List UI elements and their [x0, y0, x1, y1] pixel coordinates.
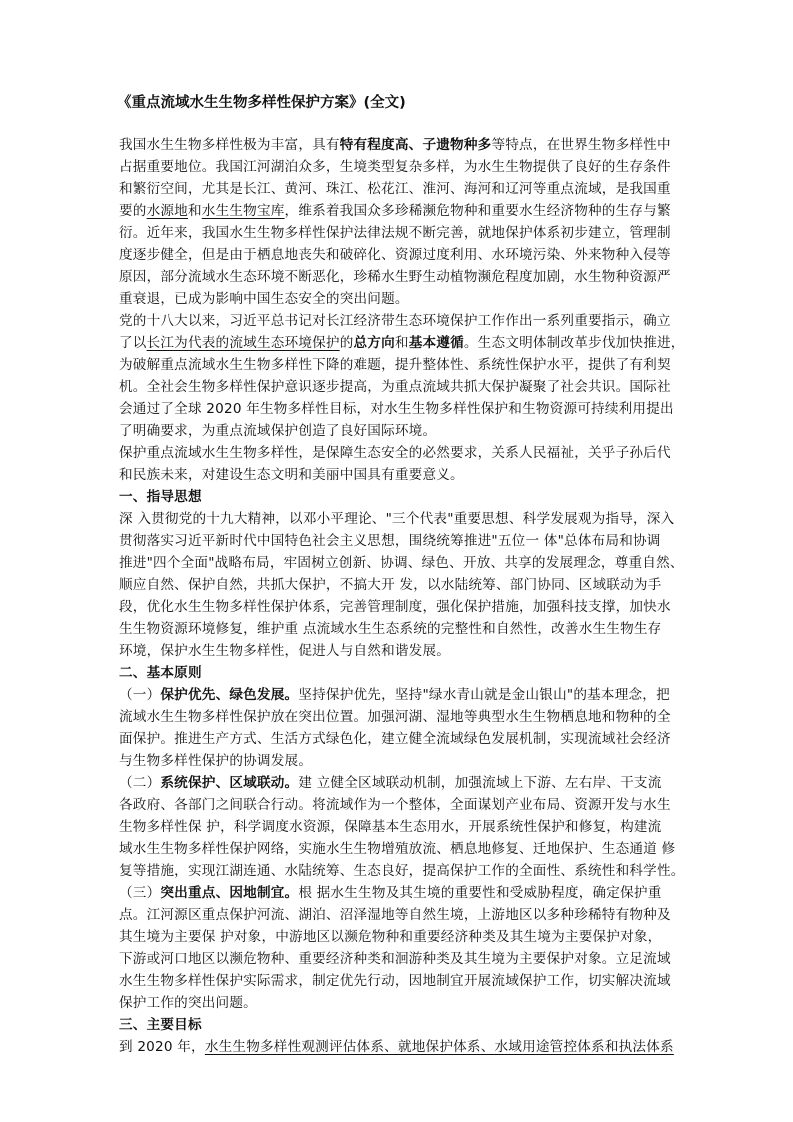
text-run: 建 立健全区域联动机制，加强流域上下游、左右岸、干支流	[298, 775, 661, 791]
text-run: 衍。近年来，我国水生生物多样性保护法律法规不断完善，就地保护体系初步建立，管理制	[119, 225, 671, 241]
text-line: 要的水源地和水生生物宝库，维系着我国众多珍稀濒危物种和重要水生经济物种的生存与繁	[119, 200, 679, 222]
text-line: 推进"四个全面"战略布局，牢固树立创新、协调、绿色、开放、共享的发展理念，尊重自…	[119, 552, 679, 574]
text-run: 生物多样性保 护，科学调度水资源，保障基本生态用水，开展系统性保护和修复，构建流	[119, 819, 661, 835]
text-run: 坚持保护优先，坚持"绿水青山就是金山银山"的基本理念，把	[298, 687, 670, 703]
text-line: 会通过了全球 2020 年生物多样性目标，对水生生物多样性保护和生物资源可持续利…	[119, 398, 679, 420]
text-run: 流域水生生物多样性保护放在突出位置。加强河湖、湿地等典型水生生物栖息地和物种的全	[119, 709, 671, 725]
text-line: 各政府、各部门之间联合行动。将流域作为一个整体，全面谋划产业布局、资源开发与水生	[119, 794, 679, 816]
text-line: 机。全社会生物多样性保护意识逐步提高，为重点流域共抓大保护凝聚了社会共识。国际社	[119, 376, 679, 398]
text-line: 衍。近年来，我国水生生物多样性保护法律法规不断完善，就地保护体系初步建立，管理制	[119, 222, 679, 244]
text-line: 党的十八大以来，习近平总书记对长江经济带生态环境保护工作作出一系列重要指示，确立	[119, 310, 679, 332]
bold-text: 保护优先、绿色发展。	[160, 687, 298, 703]
text-run: 党的十八大以来，习近平总书记对长江经济带生态环境保护工作作出一系列重要指示，确立	[119, 313, 671, 329]
text-line: （一）保护优先、绿色发展。坚持保护优先，坚持"绿水青山就是金山银山"的基本理念，…	[119, 684, 679, 706]
text-run: 水生生物多样性保护实际需求，制定优先行动，因地制宜开展流域保护工作，切实解决流域	[119, 973, 671, 989]
text-run: 生生物资源环境修复，维护重 点流域水生生态系统的完整性和自然性，改善水生生物生存	[119, 621, 661, 637]
text-run: （一）	[119, 687, 160, 703]
bold-text: 突出重点、因地制宜。	[160, 885, 298, 901]
text-line: 面保护。推进生产方式、生活方式绿色化，建立健全流域绿色发展机制，实现流域社会经济	[119, 728, 679, 750]
text-run: 机。全社会生物多样性保护意识逐步提高，为重点流域共抓大保护凝聚了社会共识。国际社	[119, 379, 671, 395]
text-run: 和繁衍空间，尤其是长江、黄河、珠江、松花江、淮河、海河和辽河等重点流域，是我国重	[119, 181, 671, 197]
bold-text: 特有程度高、子遗物种多	[340, 137, 492, 153]
text-line: 保护工作的突出问题。	[119, 992, 679, 1014]
text-line: （三）突出重点、因地制宜。根 据水生生物及其生境的重要性和受威胁程度，确定保护重	[119, 882, 679, 904]
text-line: 贯彻落实习近平新时代中国特色社会主义思想，围绕统筹推进"五位一 体"总体布局和协…	[119, 530, 679, 552]
bold-text: 二、基本原则	[119, 665, 202, 681]
text-line: 一、指导思想	[119, 486, 679, 508]
bold-text: 基本遵循	[409, 335, 464, 351]
underlined-text: 长江为代表的流域生态环境保护	[147, 335, 340, 351]
text-line: 生物多样性保 护，科学调度水资源，保障基本生态用水，开展系统性保护和修复，构建流	[119, 816, 679, 838]
text-run: 各政府、各部门之间联合行动。将流域作为一个整体，全面谋划产业布局、资源开发与水生	[119, 797, 671, 813]
text-line: 水生生物多样性保护实际需求，制定优先行动，因地制宜开展流域保护工作，切实解决流域	[119, 970, 679, 992]
text-line: 为破解重点流域水生生物多样性下降的难题，提升整体性、系统性保护水平，提供了有利契	[119, 354, 679, 376]
text-run: 等特点，在世界生物多样性中	[491, 137, 670, 153]
document-title: 《重点流域水生生物多样性保护方案》(全文)	[117, 92, 679, 114]
text-line: 深 入贯彻党的十九大精神，以邓小平理论、"三个代表"重要思想、科学发展观为指导，…	[119, 508, 679, 530]
text-run: 段，优化水生生物多样性保护体系，完善管理制度，强化保护措施，加强科技支撑，加快水	[119, 599, 671, 615]
text-run: ，维系着我国众多珍稀濒危物种和重要水生经济物种的生存与繁	[285, 203, 671, 219]
bold-text: 三、主要目标	[119, 1017, 202, 1033]
text-line: 生生物资源环境修复，维护重 点流域水生生态系统的完整性和自然性，改善水生生物生存	[119, 618, 679, 640]
text-line: 与生物多样性保护的协调发展。	[119, 750, 679, 772]
text-run: 重衰退，已成为影响中国生态安全的突出问题。	[119, 291, 409, 307]
text-run: 要的	[119, 203, 147, 219]
text-run: 和	[188, 203, 202, 219]
text-run: 了以	[119, 335, 147, 351]
text-run: 为破解重点流域水生生物多样性下降的难题，提升整体性、系统性保护水平，提供了有利契	[119, 357, 671, 373]
text-line: 度逐步健全，但是由于栖息地丧失和破碎化、资源过度利用、水环境污染、外来物种入侵等	[119, 244, 679, 266]
text-run: 贯彻落实习近平新时代中国特色社会主义思想，围绕统筹推进"五位一 体"总体布局和协…	[119, 533, 661, 549]
text-run: 。生态文明体制改革步伐加快推进，	[464, 335, 685, 351]
text-run: 占据重要地位。我国江河湖泊众多，生境类型复杂多样，为水生生物提供了良好的生存条件	[119, 159, 671, 175]
text-run: 下游或河口地区以濒危物种、重要经济种类和洄游种类及其生境为主要保护对象。立足流域	[119, 951, 671, 967]
text-line: 顺应自然、保护自然，共抓大保护，不搞大开 发，以水陆统筹、部门协同、区域联动为手	[119, 574, 679, 596]
text-line: 原因，部分流域水生态环境不断恶化，珍稀水生野生动植物濒危程度加剧，水生物种资源严	[119, 266, 679, 288]
text-run: （二）	[119, 775, 160, 791]
text-run: 深 入贯彻党的十九大精神，以邓小平理论、"三个代表"重要思想、科学发展观为指导，…	[119, 511, 674, 527]
text-line: 和民族未来，对建设生态文明和美丽中国具有重要意义。	[119, 464, 679, 486]
text-run: 保护重点流域水生生物多样性，是保障生态安全的必然要求，关系人民福祉，关乎子孙后代	[119, 445, 671, 461]
text-run: 与生物多样性保护的协调发展。	[119, 753, 312, 769]
text-run: 到 2020 年，	[119, 1039, 205, 1055]
text-run: 复等措施，实现江湖连通、水陆统筹、生态良好，提高保护工作的全面性、系统性和科学性…	[119, 863, 685, 879]
text-run: 保护工作的突出问题。	[119, 995, 257, 1011]
text-line: 环境，保护水生生物多样性，促进人与自然和谐发展。	[119, 640, 679, 662]
text-line: 重衰退，已成为影响中国生态安全的突出问题。	[119, 288, 679, 310]
text-run: （三）	[119, 885, 160, 901]
underlined-text: 水源地	[147, 203, 188, 219]
text-run: 根 据水生生物及其生境的重要性和受威胁程度，确定保护重	[298, 885, 661, 901]
text-line: 占据重要地位。我国江河湖泊众多，生境类型复杂多样，为水生生物提供了良好的生存条件	[119, 156, 679, 178]
text-run: 原因，部分流域水生态环境不断恶化，珍稀水生野生动植物濒危程度加剧，水生物种资源严	[119, 269, 671, 285]
text-run: 会通过了全球 2020 年生物多样性目标，对水生生物多样性保护和生物资源可持续利…	[119, 401, 674, 417]
text-line: 点。江河源区重点保护河流、湖泊、沼泽湿地等自然生境，上游地区以多种珍稀特有物种及	[119, 904, 679, 926]
text-line: 我国水生生物多样性极为丰富，具有特有程度高、子遗物种多等特点，在世界生物多样性中	[119, 134, 679, 156]
text-run: 和	[395, 335, 409, 351]
text-line: 保护重点流域水生生物多样性，是保障生态安全的必然要求，关系人民福祉，关乎子孙后代	[119, 442, 679, 464]
text-line: 到 2020 年，水生生物多样性观测评估体系、就地保护体系、水域用途管控体系和执…	[119, 1036, 679, 1058]
text-line: 二、基本原则	[119, 662, 679, 684]
text-line: （二）系统保护、区域联动。建 立健全区域联动机制，加强流域上下游、左右岸、干支流	[119, 772, 679, 794]
text-line: 域水生生物多样性保护网络，实施水生生物增殖放流、栖息地修复、迁地保护、生态通道 …	[119, 838, 679, 860]
text-run: 域水生生物多样性保护网络，实施水生生物增殖放流、栖息地修复、迁地保护、生态通道 …	[119, 841, 675, 857]
text-line: 段，优化水生生物多样性保护体系，完善管理制度，强化保护措施，加强科技支撑，加快水	[119, 596, 679, 618]
underlined-text: 水生生物宝库	[202, 203, 285, 219]
text-run: 了明确要求，为重点流域保护创造了良好国际环境。	[119, 423, 436, 439]
document-body: 我国水生生物多样性极为丰富，具有特有程度高、子遗物种多等特点，在世界生物多样性中…	[119, 134, 679, 1058]
text-run: 和民族未来，对建设生态文明和美丽中国具有重要意义。	[119, 467, 464, 483]
text-line: 和繁衍空间，尤其是长江、黄河、珠江、松花江、淮河、海河和辽河等重点流域，是我国重	[119, 178, 679, 200]
text-run: 顺应自然、保护自然，共抓大保护，不搞大开 发，以水陆统筹、部门协同、区域联动为手	[119, 577, 661, 593]
text-line: 其生境为主要保 护对象，中游地区以濒危物种和重要经济种类及其生境为主要保护对象，	[119, 926, 679, 948]
text-line: 了明确要求，为重点流域保护创造了良好国际环境。	[119, 420, 679, 442]
text-run: 的	[340, 335, 354, 351]
text-line: 三、主要目标	[119, 1014, 679, 1036]
text-run: 点。江河源区重点保护河流、湖泊、沼泽湿地等自然生境，上游地区以多种珍稀特有物种及	[119, 907, 671, 923]
text-run: 推进"四个全面"战略布局，牢固树立创新、协调、绿色、开放、共享的发展理念，尊重自…	[119, 555, 684, 571]
text-line: 下游或河口地区以濒危物种、重要经济种类和洄游种类及其生境为主要保护对象。立足流域	[119, 948, 679, 970]
text-line: 流域水生生物多样性保护放在突出位置。加强河湖、湿地等典型水生生物栖息地和物种的全	[119, 706, 679, 728]
text-run: 环境，保护水生生物多样性，促进人与自然和谐发展。	[119, 643, 450, 659]
bold-text: 系统保护、区域联动。	[160, 775, 298, 791]
text-run: 我国水生生物多样性极为丰富，具有	[119, 137, 340, 153]
text-line: 复等措施，实现江湖连通、水陆统筹、生态良好，提高保护工作的全面性、系统性和科学性…	[119, 860, 679, 882]
underlined-text: 水生生物多样性观测评估体系、就地保护体系、水域用途管控体系和执法体系	[205, 1039, 674, 1055]
bold-text: 总方向	[354, 335, 395, 351]
text-run: 度逐步健全，但是由于栖息地丧失和破碎化、资源过度利用、水环境污染、外来物种入侵等	[119, 247, 671, 263]
text-run: 其生境为主要保 护对象，中游地区以濒危物种和重要经济种类及其生境为主要保护对象，	[119, 929, 661, 945]
bold-text: 一、指导思想	[119, 489, 202, 505]
text-line: 了以长江为代表的流域生态环境保护的总方向和基本遵循。生态文明体制改革步伐加快推进…	[119, 332, 679, 354]
text-run: 面保护。推进生产方式、生活方式绿色化，建立健全流域绿色发展机制，实现流域社会经济	[119, 731, 671, 747]
document-page: 《重点流域水生生物多样性保护方案》(全文) 我国水生生物多样性极为丰富，具有特有…	[119, 92, 679, 1058]
